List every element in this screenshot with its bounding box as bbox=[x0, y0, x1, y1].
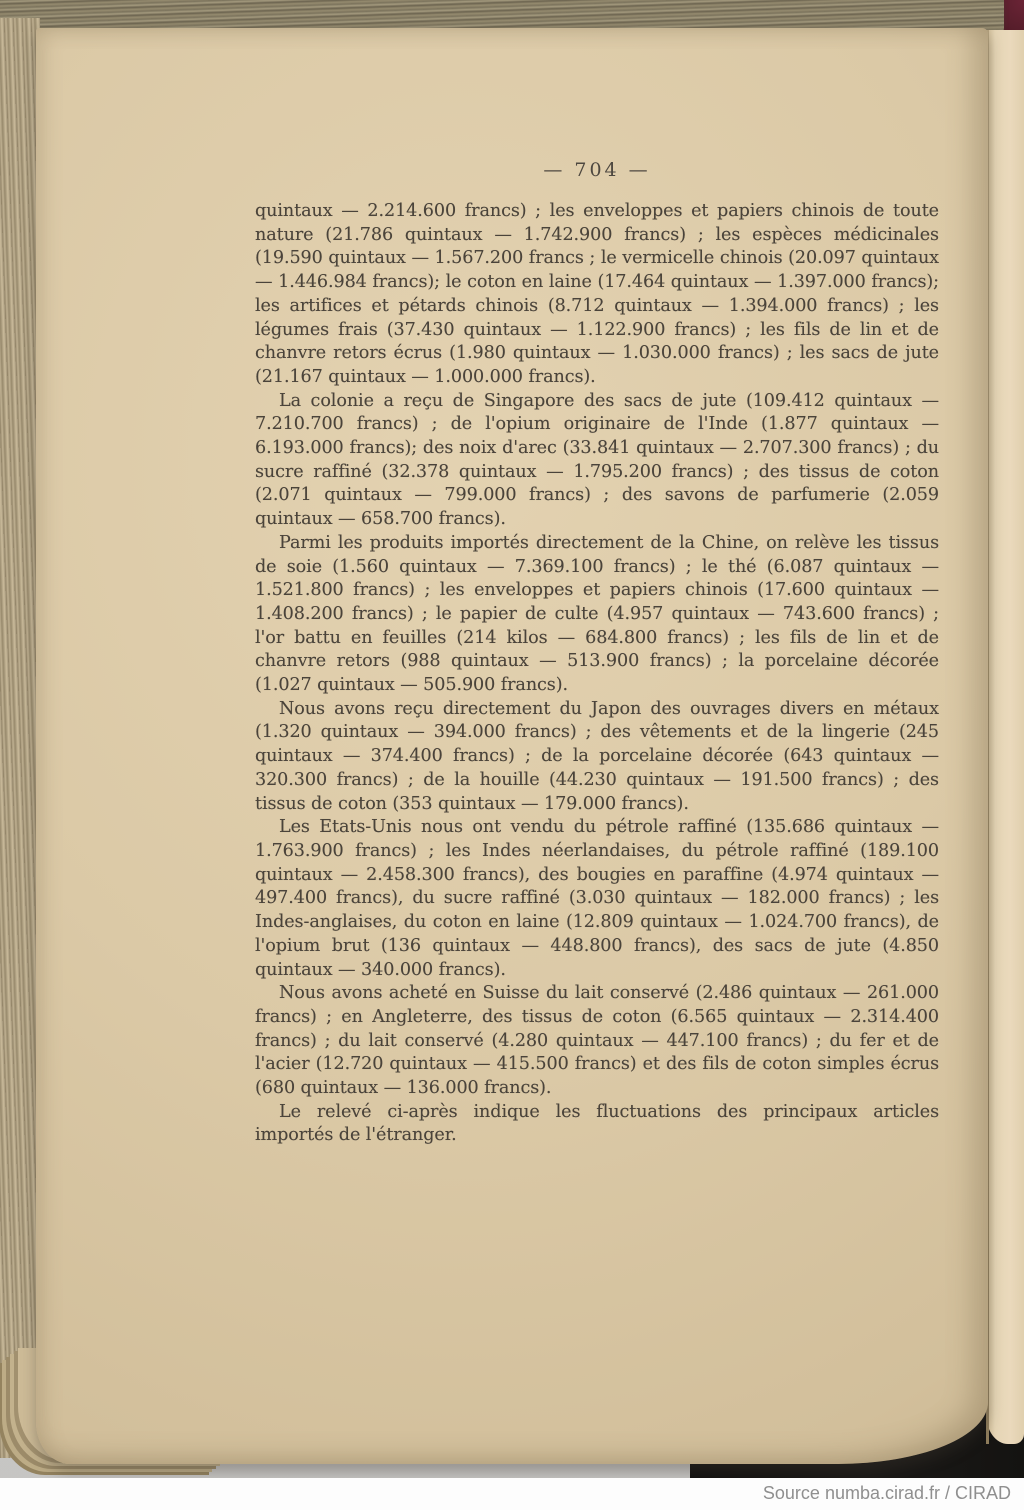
book-scan: — 704 — quintaux — 2.214.600 francs) ; l… bbox=[0, 0, 1024, 1510]
source-text: Source numba.cirad.fr / CIRAD bbox=[763, 1483, 1011, 1503]
book-page: — 704 — quintaux — 2.214.600 francs) ; l… bbox=[36, 28, 988, 1464]
paragraph-japon: Nous avons reçu directement du Japon des… bbox=[255, 698, 939, 817]
paragraph-etats-unis-indes: Les Etats-Unis nous ont vendu du pétrole… bbox=[255, 816, 939, 982]
page-edges-left bbox=[0, 18, 40, 1458]
paragraph-imports-chine-suite: quintaux — 2.214.600 francs) ; les envel… bbox=[255, 200, 939, 390]
text-block: quintaux — 2.214.600 francs) ; les envel… bbox=[255, 200, 939, 1148]
source-footer: Source numba.cirad.fr / CIRAD bbox=[0, 1478, 1024, 1510]
paragraph-releve: Le relevé ci-après indique les fluctuati… bbox=[255, 1101, 939, 1148]
adjacent-page-fold bbox=[986, 30, 1024, 1444]
page-number: — 704 — bbox=[255, 159, 939, 181]
paragraph-suisse-angleterre: Nous avons acheté en Suisse du lait cons… bbox=[255, 982, 939, 1101]
paragraph-singapore: La colonie a reçu de Singapore des sacs … bbox=[255, 390, 939, 532]
paragraph-chine-direct: Parmi les produits importés directement … bbox=[255, 532, 939, 698]
